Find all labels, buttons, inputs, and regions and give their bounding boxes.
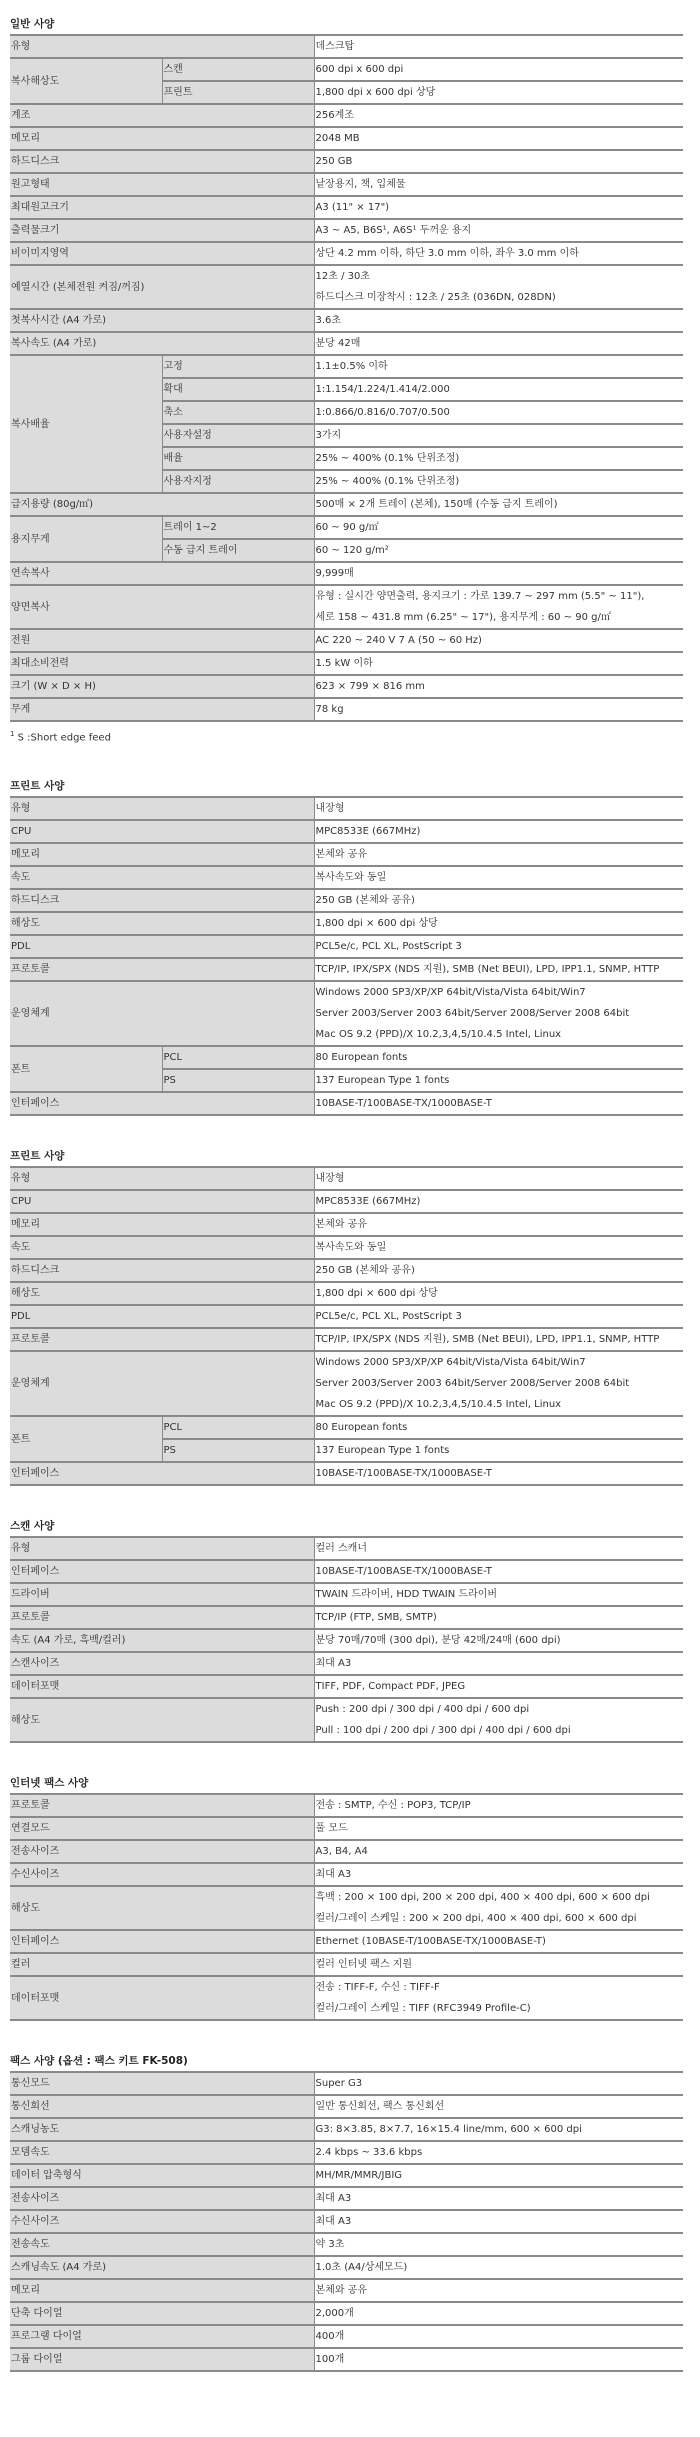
spec-value-line: 1:1.154/1.224/1.414/2.000 <box>316 379 683 400</box>
spec-value: 12초 / 30초하드디스크 미장착시 : 12초 / 25초 (036DN, … <box>314 265 683 309</box>
spec-value: 풀 모드 <box>314 1817 683 1840</box>
spec-row: 인터페이스10BASE-T/100BASE-TX/1000BASE-T <box>10 1560 683 1583</box>
spec-row: 최대소비전력1.5 kW 이하 <box>10 652 683 675</box>
spec-sublabel: 트레이 1~2 <box>162 516 314 539</box>
spec-row: PDLPCL5e/c, PCL XL, PostScript 3 <box>10 935 683 958</box>
section-title: 팩스 사양 (옵션 : 팩스 키트 FK-508) <box>10 2051 683 2071</box>
spec-value: 복사속도와 동일 <box>314 866 683 889</box>
spec-value: 3.6초 <box>314 309 683 332</box>
spec-row: 전원AC 220 ~ 240 V 7 A (50 ~ 60 Hz) <box>10 629 683 652</box>
spec-value: TCP/IP, IPX/SPX (NDS 지원), SMB (Net BEUI)… <box>314 1328 683 1351</box>
spec-value-line: Mac OS 9.2 (PPD)/X 10.2,3,4,5/10.4.5 Int… <box>316 1394 683 1415</box>
spec-label: 출력물크기 <box>10 219 314 242</box>
spec-row: 출력물크기A3 ~ A5, B6S¹, A6S¹ 두꺼운 용지 <box>10 219 683 242</box>
spec-row: 하드디스크250 GB (본체와 공유) <box>10 889 683 912</box>
spec-row: 메모리본체와 공유 <box>10 843 683 866</box>
spec-value-line: 세로 158 ~ 431.8 mm (6.25" ~ 17"), 용지무게 : … <box>316 607 683 628</box>
spec-value-line: TCP/IP (FTP, SMB, SMTP) <box>316 1607 683 1628</box>
spec-row: 복사속도 (A4 가로)분당 42매 <box>10 332 683 355</box>
spec-table: 통신모드Super G3통신회선일반 통신회선, 팩스 통신회선스캐닝농도G3:… <box>10 2071 683 2372</box>
spec-row: 프로토콜TCP/IP (FTP, SMB, SMTP) <box>10 1606 683 1629</box>
footnote-mark: 1 <box>10 730 14 738</box>
spec-row: 급지용량 (80g/㎡)500매 × 2개 트레이 (본체), 150매 (수동… <box>10 493 683 516</box>
spec-sublabel: PS <box>162 1069 314 1092</box>
spec-row: 하드디스크250 GB <box>10 150 683 173</box>
spec-value-line: 하드디스크 미장착시 : 12초 / 25초 (036DN, 028DN) <box>316 287 683 308</box>
spec-label: PDL <box>10 935 314 958</box>
spec-row: 데이터포맷TIFF, PDF, Compact PDF, JPEG <box>10 1675 683 1698</box>
spec-row: 인터페이스10BASE-T/100BASE-TX/1000BASE-T <box>10 1092 683 1115</box>
spec-value: 1:0.866/0.816/0.707/0.500 <box>314 401 683 424</box>
spec-value-line: 623 × 799 × 816 mm <box>316 676 683 697</box>
spec-row: 그룹 다이얼100개 <box>10 2348 683 2371</box>
spec-value: 1.0초 (A4/상세모드) <box>314 2256 683 2279</box>
spec-label: 무게 <box>10 698 314 721</box>
spec-row: 예열시간 (본체전원 켜짐/꺼짐)12초 / 30초하드디스크 미장착시 : 1… <box>10 265 683 309</box>
spec-label: 속도 <box>10 866 314 889</box>
spec-value-line: 풀 모드 <box>316 1818 683 1839</box>
spec-value: PCL5e/c, PCL XL, PostScript 3 <box>314 1305 683 1328</box>
spec-section: 일반 사양유형데스크탑복사해상도스캔600 dpi x 600 dpi프린트1,… <box>10 14 683 746</box>
spec-row: 프로그램 다이얼400개 <box>10 2325 683 2348</box>
spec-row: 인터페이스10BASE-T/100BASE-TX/1000BASE-T <box>10 1462 683 1485</box>
spec-value: Ethernet (10BASE-T/100BASE-TX/1000BASE-T… <box>314 1930 683 1953</box>
spec-label: 하드디스크 <box>10 1259 314 1282</box>
spec-value: 데스크탑 <box>314 35 683 58</box>
spec-label: 그룹 다이얼 <box>10 2348 314 2371</box>
spec-row: 단축 다이얼2,000개 <box>10 2302 683 2325</box>
spec-value-line: 컬러/그레이 스케일 : TIFF (RFC3949 Profile-C) <box>316 1998 683 2019</box>
spec-label: 복사배율 <box>10 355 162 493</box>
spec-value-line: 최대 A3 <box>316 1653 683 1674</box>
spec-label: 최대소비전력 <box>10 652 314 675</box>
spec-value: 600 dpi x 600 dpi <box>314 58 683 81</box>
spec-value-line: 137 European Type 1 fonts <box>316 1440 683 1461</box>
spec-value: 80 European fonts <box>314 1416 683 1439</box>
spec-label: 단축 다이얼 <box>10 2302 314 2325</box>
spec-value: 137 European Type 1 fonts <box>314 1069 683 1092</box>
spec-label: 인터페이스 <box>10 1462 314 1485</box>
spec-sublabel: PS <box>162 1439 314 1462</box>
spec-table: 유형내장형CPUMPC8533E (667MHz)메모리본체와 공유속도복사속도… <box>10 796 683 1116</box>
spec-row: 프로토콜전송 : SMTP, 수신 : POP3, TCP/IP <box>10 1794 683 1817</box>
spec-value-line: 유형 : 실시간 양면출력, 용지크기 : 가로 139.7 ~ 297 mm … <box>316 586 683 607</box>
spec-label: 복사속도 (A4 가로) <box>10 332 314 355</box>
spec-label: 연속복사 <box>10 562 314 585</box>
spec-row: 복사배율고정1.1±0.5% 이하 <box>10 355 683 378</box>
spec-row: 드라이버TWAIN 드라이버, HDD TWAIN 드라이버 <box>10 1583 683 1606</box>
spec-value: 최대 A3 <box>314 1863 683 1886</box>
spec-label: CPU <box>10 820 314 843</box>
spec-label: 프로토콜 <box>10 1794 314 1817</box>
spec-value: 137 European Type 1 fonts <box>314 1439 683 1462</box>
spec-value-line: 컬러 인터넷 팩스 지원 <box>316 1954 683 1975</box>
spec-row: 해상도Push : 200 dpi / 300 dpi / 400 dpi / … <box>10 1698 683 1742</box>
spec-value-line: 1.5 kW 이하 <box>316 653 683 674</box>
spec-table: 유형데스크탑복사해상도스캔600 dpi x 600 dpi프린트1,800 d… <box>10 34 683 722</box>
spec-value: 250 GB (본체와 공유) <box>314 889 683 912</box>
spec-table: 유형컬러 스캐너인터페이스10BASE-T/100BASE-TX/1000BAS… <box>10 1536 683 1743</box>
spec-value-line: 낱장용지, 책, 입체물 <box>316 174 683 195</box>
spec-value-line: 3가지 <box>316 425 683 446</box>
spec-value: 내장형 <box>314 1167 683 1190</box>
spec-value: 내장형 <box>314 797 683 820</box>
spec-label: 전송사이즈 <box>10 1840 314 1863</box>
spec-row: 최대원고크기A3 (11" × 17") <box>10 196 683 219</box>
spec-value: 본체와 공유 <box>314 843 683 866</box>
spec-value-line: 분당 70매/70매 (300 dpi), 분당 42매/24매 (600 dp… <box>316 1630 683 1651</box>
spec-value-line: 최대 A3 <box>316 2211 683 2232</box>
spec-value-line: 12초 / 30초 <box>316 266 683 287</box>
spec-value-line: 복사속도와 동일 <box>316 1237 683 1258</box>
spec-label: 전송속도 <box>10 2233 314 2256</box>
spec-value-line: 256계조 <box>316 105 683 126</box>
spec-value-line: 400개 <box>316 2326 683 2347</box>
spec-row: 원고형태낱장용지, 책, 입체물 <box>10 173 683 196</box>
spec-value-line: 흑백 : 200 × 100 dpi, 200 × 200 dpi, 400 ×… <box>316 1887 683 1908</box>
spec-value: 최대 A3 <box>314 1652 683 1675</box>
spec-row: 양면복사유형 : 실시간 양면출력, 용지크기 : 가로 139.7 ~ 297… <box>10 585 683 629</box>
spec-value: 일반 통신회선, 팩스 통신회선 <box>314 2095 683 2118</box>
spec-value-line: 250 GB (본체와 공유) <box>316 1260 683 1281</box>
spec-value: TCP/IP, IPX/SPX (NDS 지원), SMB (Net BEUI)… <box>314 958 683 981</box>
spec-table: 프로토콜전송 : SMTP, 수신 : POP3, TCP/IP연결모드풀 모드… <box>10 1793 683 2021</box>
spec-value: 전송 : TIFF-F, 수신 : TIFF-F컬러/그레이 스케일 : TIF… <box>314 1976 683 2020</box>
spec-label: 급지용량 (80g/㎡) <box>10 493 314 516</box>
spec-section: 프린트 사양유형내장형CPUMPC8533E (667MHz)메모리본체와 공유… <box>10 776 683 1116</box>
spec-value-line: MPC8533E (667MHz) <box>316 1191 683 1212</box>
spec-row: 메모리본체와 공유 <box>10 1213 683 1236</box>
spec-value-line: 500매 × 2개 트레이 (본체), 150매 (수동 급지 트레이) <box>316 494 683 515</box>
spec-label: 양면복사 <box>10 585 314 629</box>
spec-value: 10BASE-T/100BASE-TX/1000BASE-T <box>314 1462 683 1485</box>
spec-label: 인터페이스 <box>10 1930 314 1953</box>
spec-row: 데이터 압축형식MH/MR/MMR/JBIG <box>10 2164 683 2187</box>
spec-row: 속도복사속도와 동일 <box>10 1236 683 1259</box>
spec-value-line: 컬러 스캐너 <box>316 1538 683 1559</box>
spec-label: 스캔사이즈 <box>10 1652 314 1675</box>
spec-value: Push : 200 dpi / 300 dpi / 400 dpi / 600… <box>314 1698 683 1742</box>
spec-value: 상단 4.2 mm 이하, 하단 3.0 mm 이하, 좌우 3.0 mm 이하 <box>314 242 683 265</box>
spec-row: 유형내장형 <box>10 1167 683 1190</box>
spec-value: 10BASE-T/100BASE-TX/1000BASE-T <box>314 1560 683 1583</box>
spec-value: 250 GB (본체와 공유) <box>314 1259 683 1282</box>
spec-row: 해상도1,800 dpi × 600 dpi 상당 <box>10 912 683 935</box>
spec-value-line: 내장형 <box>316 1168 683 1189</box>
spec-value-line: 10BASE-T/100BASE-TX/1000BASE-T <box>316 1561 683 1582</box>
spec-label: 하드디스크 <box>10 889 314 912</box>
spec-value-line: PCL5e/c, PCL XL, PostScript 3 <box>316 936 683 957</box>
spec-value-line: 137 European Type 1 fonts <box>316 1070 683 1091</box>
spec-label: 유형 <box>10 1167 314 1190</box>
spec-value-line: 80 European fonts <box>316 1047 683 1068</box>
spec-value: 본체와 공유 <box>314 2279 683 2302</box>
spec-value-line: 전송 : SMTP, 수신 : POP3, TCP/IP <box>316 1795 683 1816</box>
spec-section: 스캔 사양유형컬러 스캐너인터페이스10BASE-T/100BASE-TX/10… <box>10 1516 683 1743</box>
spec-value: 2048 MB <box>314 127 683 150</box>
section-title: 프린트 사양 <box>10 776 683 796</box>
spec-value-line: 25% ~ 400% (0.1% 단위조정) <box>316 448 683 469</box>
spec-value-line: 1,800 dpi × 600 dpi 상당 <box>316 913 683 934</box>
spec-value-line: TWAIN 드라이버, HDD TWAIN 드라이버 <box>316 1584 683 1605</box>
spec-label: 용지무게 <box>10 516 162 562</box>
spec-value: 유형 : 실시간 양면출력, 용지크기 : 가로 139.7 ~ 297 mm … <box>314 585 683 629</box>
spec-value: 1.5 kW 이하 <box>314 652 683 675</box>
spec-label: PDL <box>10 1305 314 1328</box>
spec-value-line: TIFF, PDF, Compact PDF, JPEG <box>316 1676 683 1697</box>
spec-value-line: MPC8533E (667MHz) <box>316 821 683 842</box>
spec-row: 하드디스크250 GB (본체와 공유) <box>10 1259 683 1282</box>
spec-row: 해상도흑백 : 200 × 100 dpi, 200 × 200 dpi, 40… <box>10 1886 683 1930</box>
spec-label: 속도 <box>10 1236 314 1259</box>
spec-value: TIFF, PDF, Compact PDF, JPEG <box>314 1675 683 1698</box>
spec-row: 비이미지영역상단 4.2 mm 이하, 하단 3.0 mm 이하, 좌우 3.0… <box>10 242 683 265</box>
spec-value-line: 100개 <box>316 2349 683 2370</box>
spec-value-line: 데스크탑 <box>316 36 683 57</box>
spec-value-line: 60 ~ 90 g/㎡ <box>316 517 683 538</box>
spec-label: 프로토콜 <box>10 958 314 981</box>
spec-value: 2,000개 <box>314 2302 683 2325</box>
spec-value: 9,999매 <box>314 562 683 585</box>
spec-value-line: 최대 A3 <box>316 2188 683 2209</box>
spec-label: 스캐닝속도 (A4 가로) <box>10 2256 314 2279</box>
footnote-text: S :Short edge feed <box>18 732 111 743</box>
spec-row: 수신사이즈최대 A3 <box>10 1863 683 1886</box>
spec-value: 분당 42매 <box>314 332 683 355</box>
spec-value-line: 10BASE-T/100BASE-TX/1000BASE-T <box>316 1463 683 1484</box>
spec-row: 컬러컬러 인터넷 팩스 지원 <box>10 1953 683 1976</box>
spec-label: 스캐닝농도 <box>10 2118 314 2141</box>
spec-row: 통신모드Super G3 <box>10 2072 683 2095</box>
spec-value: 3가지 <box>314 424 683 447</box>
spec-value-line: 2,000개 <box>316 2303 683 2324</box>
spec-value-line: 일반 통신회선, 팩스 통신회선 <box>316 2096 683 2117</box>
spec-sublabel: 스캔 <box>162 58 314 81</box>
spec-value-line: 600 dpi x 600 dpi <box>316 59 683 80</box>
spec-value-line: Push : 200 dpi / 300 dpi / 400 dpi / 600… <box>316 1699 683 1720</box>
spec-label: 계조 <box>10 104 314 127</box>
spec-value: 1,800 dpi × 600 dpi 상당 <box>314 912 683 935</box>
spec-value: 전송 : SMTP, 수신 : POP3, TCP/IP <box>314 1794 683 1817</box>
spec-value-line: Server 2003/Server 2003 64bit/Server 200… <box>316 1373 683 1394</box>
spec-row: 유형컬러 스캐너 <box>10 1537 683 1560</box>
spec-value-line: 상단 4.2 mm 이하, 하단 3.0 mm 이하, 좌우 3.0 mm 이하 <box>316 243 683 264</box>
spec-value: 256계조 <box>314 104 683 127</box>
spec-label: 통신모드 <box>10 2072 314 2095</box>
spec-value-line: 본체와 공유 <box>316 2280 683 2301</box>
spec-value-line: 최대 A3 <box>316 1864 683 1885</box>
spec-value-line: Ethernet (10BASE-T/100BASE-TX/1000BASE-T… <box>316 1931 683 1952</box>
spec-label: 연결모드 <box>10 1817 314 1840</box>
spec-document: 일반 사양유형데스크탑복사해상도스캔600 dpi x 600 dpi프린트1,… <box>10 14 683 2372</box>
spec-label: 해상도 <box>10 912 314 935</box>
spec-value-line: 내장형 <box>316 798 683 819</box>
spec-value-line: 약 3초 <box>316 2234 683 2255</box>
spec-value-line: 9,999매 <box>316 563 683 584</box>
spec-label: 데이터포맷 <box>10 1976 314 2020</box>
spec-label: 해상도 <box>10 1698 314 1742</box>
spec-sublabel: PCL <box>162 1416 314 1439</box>
spec-value-line: 1,800 dpi x 600 dpi 상당 <box>316 82 683 103</box>
spec-row: 유형데스크탑 <box>10 35 683 58</box>
spec-row: 인터페이스Ethernet (10BASE-T/100BASE-TX/1000B… <box>10 1930 683 1953</box>
spec-row: 운영체계Windows 2000 SP3/XP/XP 64bit/Vista/V… <box>10 1351 683 1416</box>
spec-value: A3 (11" × 17") <box>314 196 683 219</box>
spec-value: PCL5e/c, PCL XL, PostScript 3 <box>314 935 683 958</box>
spec-row: 폰트PCL80 European fonts <box>10 1046 683 1069</box>
spec-value: 250 GB <box>314 150 683 173</box>
spec-value: MPC8533E (667MHz) <box>314 820 683 843</box>
spec-label: 수신사이즈 <box>10 1863 314 1886</box>
spec-label: 메모리 <box>10 2279 314 2302</box>
spec-sublabel: 사용자지정 <box>162 470 314 493</box>
spec-value: AC 220 ~ 240 V 7 A (50 ~ 60 Hz) <box>314 629 683 652</box>
spec-value-line: 본체와 공유 <box>316 844 683 865</box>
spec-label: 전원 <box>10 629 314 652</box>
spec-label: 메모리 <box>10 127 314 150</box>
spec-value-line: AC 220 ~ 240 V 7 A (50 ~ 60 Hz) <box>316 630 683 651</box>
spec-value: 컬러 스캐너 <box>314 1537 683 1560</box>
spec-value-line: MH/MR/MMR/JBIG <box>316 2165 683 2186</box>
spec-label: 첫복사시간 (A4 가로) <box>10 309 314 332</box>
spec-value-line: 10BASE-T/100BASE-TX/1000BASE-T <box>316 1093 683 1114</box>
spec-value: Super G3 <box>314 2072 683 2095</box>
section-title: 일반 사양 <box>10 14 683 34</box>
section-title: 스캔 사양 <box>10 1516 683 1536</box>
spec-label: 모뎀속도 <box>10 2141 314 2164</box>
spec-value: 최대 A3 <box>314 2187 683 2210</box>
spec-value: 25% ~ 400% (0.1% 단위조정) <box>314 470 683 493</box>
spec-sublabel: 축소 <box>162 401 314 424</box>
spec-row: 메모리본체와 공유 <box>10 2279 683 2302</box>
spec-value-line: 본체와 공유 <box>316 1214 683 1235</box>
spec-value: 낱장용지, 책, 입체물 <box>314 173 683 196</box>
spec-row: 첫복사시간 (A4 가로)3.6초 <box>10 309 683 332</box>
spec-value: 25% ~ 400% (0.1% 단위조정) <box>314 447 683 470</box>
spec-sublabel: PCL <box>162 1046 314 1069</box>
spec-value: MH/MR/MMR/JBIG <box>314 2164 683 2187</box>
spec-row: 계조256계조 <box>10 104 683 127</box>
spec-value: 컬러 인터넷 팩스 지원 <box>314 1953 683 1976</box>
spec-label: 크기 (W × D × H) <box>10 675 314 698</box>
spec-label: 데이터 압축형식 <box>10 2164 314 2187</box>
spec-label: 원고형태 <box>10 173 314 196</box>
spec-value-line: G3: 8×3.85, 8×7.7, 16×15.4 line/mm, 600 … <box>316 2119 683 2140</box>
spec-value: TCP/IP (FTP, SMB, SMTP) <box>314 1606 683 1629</box>
section-title: 프린트 사양 <box>10 1146 683 1166</box>
spec-value-line: Windows 2000 SP3/XP/XP 64bit/Vista/Vista… <box>316 982 683 1003</box>
spec-sublabel: 배율 <box>162 447 314 470</box>
spec-value: 60 ~ 90 g/㎡ <box>314 516 683 539</box>
spec-row: 전송사이즈최대 A3 <box>10 2187 683 2210</box>
spec-value: 100개 <box>314 2348 683 2371</box>
spec-label: 메모리 <box>10 1213 314 1236</box>
spec-label: 예열시간 (본체전원 켜짐/꺼짐) <box>10 265 314 309</box>
spec-row: 속도 (A4 가로, 흑백/컬러)분당 70매/70매 (300 dpi), 분… <box>10 1629 683 1652</box>
spec-sublabel: 고정 <box>162 355 314 378</box>
spec-value-line: 1.1±0.5% 이하 <box>316 356 683 377</box>
spec-value-line: Mac OS 9.2 (PPD)/X 10.2,3,4,5/10.4.5 Int… <box>316 1024 683 1045</box>
spec-value: 흑백 : 200 × 100 dpi, 200 × 200 dpi, 400 ×… <box>314 1886 683 1930</box>
spec-value: 623 × 799 × 816 mm <box>314 675 683 698</box>
spec-value-line: 60 ~ 120 g/m² <box>316 540 683 561</box>
spec-value-line: Server 2003/Server 2003 64bit/Server 200… <box>316 1003 683 1024</box>
spec-value: 60 ~ 120 g/m² <box>314 539 683 562</box>
spec-value-line: 1:0.866/0.816/0.707/0.500 <box>316 402 683 423</box>
spec-row: 메모리2048 MB <box>10 127 683 150</box>
spec-row: 크기 (W × D × H)623 × 799 × 816 mm <box>10 675 683 698</box>
spec-label: 운영체계 <box>10 981 314 1046</box>
spec-section: 프린트 사양유형내장형CPUMPC8533E (667MHz)메모리본체와 공유… <box>10 1146 683 1486</box>
spec-value: 최대 A3 <box>314 2210 683 2233</box>
spec-value-line: Windows 2000 SP3/XP/XP 64bit/Vista/Vista… <box>316 1352 683 1373</box>
spec-row: 전송속도약 3초 <box>10 2233 683 2256</box>
spec-value: A3, B4, A4 <box>314 1840 683 1863</box>
spec-value-line: PCL5e/c, PCL XL, PostScript 3 <box>316 1306 683 1327</box>
spec-value: 1,800 dpi × 600 dpi 상당 <box>314 1282 683 1305</box>
spec-value: 본체와 공유 <box>314 1213 683 1236</box>
spec-label: 데이터포맷 <box>10 1675 314 1698</box>
spec-row: CPUMPC8533E (667MHz) <box>10 1190 683 1213</box>
spec-row: 프로토콜TCP/IP, IPX/SPX (NDS 지원), SMB (Net B… <box>10 1328 683 1351</box>
spec-section: 인터넷 팩스 사양프로토콜전송 : SMTP, 수신 : POP3, TCP/I… <box>10 1773 683 2021</box>
spec-label: 프로토콜 <box>10 1606 314 1629</box>
spec-value: 약 3초 <box>314 2233 683 2256</box>
spec-row: 속도복사속도와 동일 <box>10 866 683 889</box>
spec-value-line: 1.0초 (A4/상세모드) <box>316 2257 683 2278</box>
spec-row: 유형내장형 <box>10 797 683 820</box>
spec-label: 유형 <box>10 35 314 58</box>
spec-value-line: Pull : 100 dpi / 200 dpi / 300 dpi / 400… <box>316 1720 683 1741</box>
spec-label: 폰트 <box>10 1416 162 1462</box>
spec-table: 유형내장형CPUMPC8533E (667MHz)메모리본체와 공유속도복사속도… <box>10 1166 683 1486</box>
spec-label: 컬러 <box>10 1953 314 1976</box>
spec-label: 하드디스크 <box>10 150 314 173</box>
spec-value: 복사속도와 동일 <box>314 1236 683 1259</box>
spec-value-line: 컬러/그레이 스케일 : 200 × 200 dpi, 400 × 400 dp… <box>316 1908 683 1929</box>
spec-row: 스캔사이즈최대 A3 <box>10 1652 683 1675</box>
spec-label: 통신회선 <box>10 2095 314 2118</box>
spec-value: Windows 2000 SP3/XP/XP 64bit/Vista/Vista… <box>314 1351 683 1416</box>
spec-row: 무게78 kg <box>10 698 683 721</box>
spec-value: 분당 70매/70매 (300 dpi), 분당 42매/24매 (600 dp… <box>314 1629 683 1652</box>
spec-value-line: A3, B4, A4 <box>316 1841 683 1862</box>
spec-value-line: 전송 : TIFF-F, 수신 : TIFF-F <box>316 1977 683 1998</box>
spec-label: 프로그램 다이얼 <box>10 2325 314 2348</box>
spec-value-line: 25% ~ 400% (0.1% 단위조정) <box>316 471 683 492</box>
spec-sublabel: 프린트 <box>162 81 314 104</box>
spec-value: A3 ~ A5, B6S¹, A6S¹ 두꺼운 용지 <box>314 219 683 242</box>
spec-value: Windows 2000 SP3/XP/XP 64bit/Vista/Vista… <box>314 981 683 1046</box>
spec-section: 팩스 사양 (옵션 : 팩스 키트 FK-508)통신모드Super G3통신회… <box>10 2051 683 2372</box>
spec-row: 용지무게트레이 1~260 ~ 90 g/㎡ <box>10 516 683 539</box>
spec-value: 10BASE-T/100BASE-TX/1000BASE-T <box>314 1092 683 1115</box>
spec-row: CPUMPC8533E (667MHz) <box>10 820 683 843</box>
spec-value-line: 복사속도와 동일 <box>316 867 683 888</box>
spec-value: 1:1.154/1.224/1.414/2.000 <box>314 378 683 401</box>
spec-row: 스캐닝농도G3: 8×3.85, 8×7.7, 16×15.4 line/mm,… <box>10 2118 683 2141</box>
spec-label: 최대원고크기 <box>10 196 314 219</box>
spec-label: 폰트 <box>10 1046 162 1092</box>
spec-row: PDLPCL5e/c, PCL XL, PostScript 3 <box>10 1305 683 1328</box>
spec-row: 데이터포맷전송 : TIFF-F, 수신 : TIFF-F컬러/그레이 스케일 … <box>10 1976 683 2020</box>
spec-value: MPC8533E (667MHz) <box>314 1190 683 1213</box>
spec-value-line: 분당 42매 <box>316 333 683 354</box>
spec-value-line: 2048 MB <box>316 128 683 149</box>
spec-label: 드라이버 <box>10 1583 314 1606</box>
spec-label: 메모리 <box>10 843 314 866</box>
spec-row: 폰트PCL80 European fonts <box>10 1416 683 1439</box>
